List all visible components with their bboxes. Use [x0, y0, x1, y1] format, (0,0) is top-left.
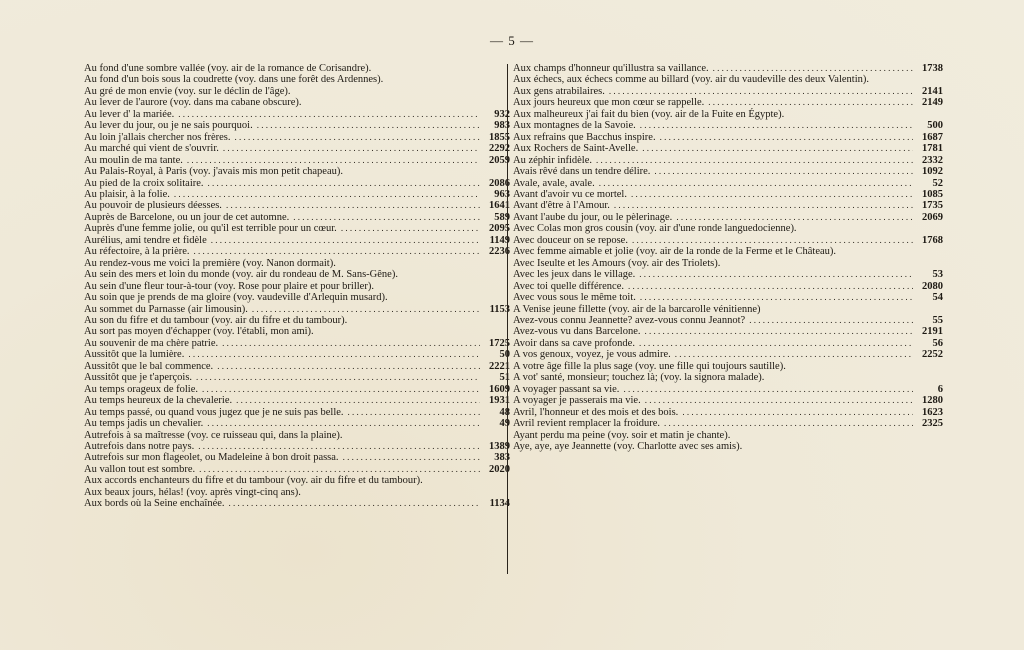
index-entry: Au temps passé, ou quand vous jugez que …: [84, 407, 510, 418]
entry-title: A vos genoux, voyez, je vous admire.: [513, 349, 671, 360]
entry-number: 52: [917, 178, 943, 189]
index-entry: Avec Iseulte et les Amours (voy. air des…: [513, 258, 943, 269]
index-entry: A voyager passant sa vie.6: [513, 384, 943, 395]
entry-title: Aux beaux jours, hélas! (voy. après ving…: [84, 487, 301, 498]
dot-leader: [660, 132, 913, 143]
entry-title: Avec vous sous le même toit.: [513, 292, 636, 303]
dot-leader: [198, 441, 480, 452]
entry-title: Avant d'être à l'Amour.: [513, 200, 610, 211]
index-entry: Au sein d'une fleur tour-à-tour (voy. Ro…: [84, 281, 510, 292]
dot-leader: [208, 178, 480, 189]
index-entry: A votre âge fille la plus sage (voy. une…: [513, 361, 943, 372]
index-entry: Au lever du jour, ou je ne sais pourquoi…: [84, 120, 510, 131]
dot-leader: [628, 281, 913, 292]
index-entry: Au son du fifre et du tambour (voy. air …: [84, 315, 510, 326]
entry-title: Au lever d' la mariée.: [84, 109, 174, 120]
index-entry: Aussitôt que la lumière.50: [84, 349, 510, 360]
dot-leader: [749, 315, 913, 326]
entry-number: 1092: [917, 166, 943, 177]
index-entry: Aux montagnes de la Savoie.500: [513, 120, 943, 131]
index-entry: Aux gens atrabilaires.2141: [513, 86, 943, 97]
dot-leader: [632, 235, 913, 246]
entry-title: Aux montagnes de la Savoie.: [513, 120, 636, 131]
entry-title: Au rendez-vous me voici la première (voy…: [84, 258, 336, 269]
entry-number: 56: [917, 338, 943, 349]
dot-leader: [226, 200, 480, 211]
dot-leader: [188, 349, 480, 360]
entry-number: 1085: [917, 189, 943, 200]
entry-title: Avec femme aimable et jolie (voy. air de…: [513, 246, 836, 257]
entry-title: Aux bords où la Seine enchaînée.: [84, 498, 225, 509]
entry-title: Au temps orageux de folie.: [84, 384, 198, 395]
index-entry: Au sein des mers et loin du monde (voy. …: [84, 269, 510, 280]
index-entry: Au souvenir de ma chère patrie.1725: [84, 338, 510, 349]
index-entry: Avec vous sous le même toit.54: [513, 292, 943, 303]
entry-number: 500: [917, 120, 943, 131]
dot-leader: [682, 407, 913, 418]
entry-number: 1768: [917, 235, 943, 246]
index-entry: Avec les jeux dans le village.53: [513, 269, 943, 280]
dot-leader: [348, 407, 480, 418]
entry-title: Avant l'aube du jour, ou le pèlerinage.: [513, 212, 672, 223]
index-entry: Au lever d' la mariée.932: [84, 109, 510, 120]
dot-leader: [614, 200, 913, 211]
entry-title: Au réfectoire, à la prière.: [84, 246, 190, 257]
entry-title: Avec toi quelle différence.: [513, 281, 624, 292]
dot-leader: [713, 63, 913, 74]
page-number: — 5 —: [0, 33, 1024, 49]
entry-number: 1623: [917, 407, 943, 418]
index-entry: Auprès d'une femme jolie, ou qu'il est t…: [84, 223, 510, 234]
entry-title: Au lever de l'aurore (voy. dans ma caban…: [84, 97, 302, 108]
index-entry: Aux champs d'honneur qu'illustra sa vail…: [513, 63, 943, 74]
entry-title: Au pied de la croix solitaire.: [84, 178, 204, 189]
index-entry: Avant d'être à l'Amour.1735: [513, 200, 943, 211]
index-entry: Ayant perdu ma peine (voy. soir et matin…: [513, 430, 943, 441]
index-entry: Avant l'aube du jour, ou le pèlerinage.2…: [513, 212, 943, 223]
dot-leader: [664, 418, 913, 429]
entry-title: Au temps heureux de la chevalerie.: [84, 395, 232, 406]
index-entry: Au rendez-vous me voici la première (voy…: [84, 258, 510, 269]
index-entry: Au vallon tout est sombre.2020: [84, 464, 510, 475]
index-entry: Au loin j'allais chercher nos frères.185…: [84, 132, 510, 143]
entry-title: Avec les jeux dans le village.: [513, 269, 635, 280]
index-entry: Au sommet du Parnasse (air limousin).115…: [84, 304, 510, 315]
dot-leader: [645, 395, 913, 406]
dot-leader: [640, 292, 913, 303]
index-entry: Au plaisir, à la folie.963: [84, 189, 510, 200]
entry-title: Au sein d'une fleur tour-à-tour (voy. Ro…: [84, 281, 374, 292]
index-entry: Aye, aye, aye Jeannette (voy. Charlotte …: [513, 441, 943, 452]
index-entry: Au temps heureux de la chevalerie.1931: [84, 395, 510, 406]
dot-leader: [223, 143, 480, 154]
dot-leader: [293, 212, 480, 223]
entry-title: Au plaisir, à la folie.: [84, 189, 170, 200]
entry-number: 2252: [917, 349, 943, 360]
entry-number: 2325: [917, 418, 943, 429]
index-entry: Au pied de la croix solitaire.2086: [84, 178, 510, 189]
index-entry: Au moulin de ma tante.2059: [84, 155, 510, 166]
dot-leader: [599, 178, 913, 189]
entry-title: Aux jours heureux que mon cœur se rappel…: [513, 97, 704, 108]
entry-title: Avez-vous vu dans Barcelone.: [513, 326, 641, 337]
index-entry: Aussitôt que le bal commence.2221: [84, 361, 510, 372]
entry-title: Au souvenir de ma chère patrie.: [84, 338, 218, 349]
entry-title: Auprès de Barcelone, ou un jour de cet a…: [84, 212, 289, 223]
entry-title: Au son du fifre et du tambour (voy. air …: [84, 315, 347, 326]
dot-leader: [211, 235, 480, 246]
index-entry: Aux refrains que Bacchus inspire.1687: [513, 132, 943, 143]
index-entry: Autrefois sur mon flageolet, ou Madelein…: [84, 452, 510, 463]
entry-title: Aux malheureux j'ai fait du bien (voy. a…: [513, 109, 784, 120]
entry-title: Avril, l'honneur et des mois et des bois…: [513, 407, 678, 418]
dot-leader: [676, 212, 913, 223]
index-column-right: Aux champs d'honneur qu'illustra sa vail…: [513, 63, 943, 452]
entry-title: Auprès d'une femme jolie, ou qu'il est t…: [84, 223, 337, 234]
index-entry: Au fond d'un bois sous la coudrette (voy…: [84, 74, 510, 85]
entry-number: 1735: [917, 200, 943, 211]
index-entry: Avec Colas mon gros cousin (voy. air d'u…: [513, 223, 943, 234]
dot-leader: [202, 384, 480, 395]
dot-leader: [642, 143, 913, 154]
entry-title: Autrefois dans notre pays.: [84, 441, 194, 452]
entry-title: Avais rêvé dans un tendre délire.: [513, 166, 650, 177]
index-entry: Avale, avale, avale.52: [513, 178, 943, 189]
index-entry: Auprès de Barcelone, ou un jour de cet a…: [84, 212, 510, 223]
entry-title: Aux gens atrabilaires.: [513, 86, 605, 97]
index-entry: Aux Rochers de Saint-Avelle.1781: [513, 143, 943, 154]
entry-title: Aux champs d'honneur qu'illustra sa vail…: [513, 63, 709, 74]
index-entry: Avril, l'honneur et des mois et des bois…: [513, 407, 943, 418]
index-entry: Aurélius, ami tendre et fidèle1149: [84, 235, 510, 246]
index-entry: A Venise jeune fillette (voy. air de la …: [513, 304, 943, 315]
index-entry: Au zéphir infidèle.2332: [513, 155, 943, 166]
dot-leader: [639, 269, 913, 280]
dot-leader: [252, 304, 480, 315]
index-entry: Au marché qui vient de s'ouvrir.2292: [84, 143, 510, 154]
index-entry: Aux jours heureux que mon cœur se rappel…: [513, 97, 943, 108]
index-entry: Autrefois dans notre pays.1389: [84, 441, 510, 452]
dot-leader: [596, 155, 913, 166]
dot-leader: [194, 246, 480, 257]
dot-leader: [174, 189, 480, 200]
dot-leader: [187, 155, 480, 166]
entry-number: 1280: [917, 395, 943, 406]
index-entry: Au soin que je prends de ma gloire (voy.…: [84, 292, 510, 303]
index-entry: Au réfectoire, à la prière.2236: [84, 246, 510, 257]
dot-leader: [199, 464, 480, 475]
index-entry: A voyager je passerais ma vie.1280: [513, 395, 943, 406]
index-entry: A vos genoux, voyez, je vous admire.2252: [513, 349, 943, 360]
index-entry: Au Palais-Royal, à Paris (voy. j'avais m…: [84, 166, 510, 177]
dot-leader: [196, 372, 480, 383]
dot-leader: [343, 452, 480, 463]
entry-title: Au lever du jour, ou je ne sais pourquoi…: [84, 120, 253, 131]
index-entry: A vot' santé, monsieur; touchez là; (voy…: [513, 372, 943, 383]
dot-leader: [631, 189, 913, 200]
dot-leader: [645, 326, 913, 337]
entry-title: Au soin que je prends de ma gloire (voy.…: [84, 292, 388, 303]
entry-title: Avale, avale, avale.: [513, 178, 595, 189]
dot-leader: [222, 338, 480, 349]
index-entry: Avez-vous connu Jeannette? avez-vous con…: [513, 315, 943, 326]
index-entry: Aux échecs, aux échecs comme au billard …: [513, 74, 943, 85]
entry-title: A voyager passant sa vie.: [513, 384, 619, 395]
entry-title: Au zéphir infidèle.: [513, 155, 592, 166]
index-entry: Avec douceur on se repose.1768: [513, 235, 943, 246]
dot-leader: [654, 166, 913, 177]
entry-title: A vot' santé, monsieur; touchez là; (voy…: [513, 372, 764, 383]
index-entry: Au fond d'une sombre vallée (voy. air de…: [84, 63, 510, 74]
entry-title: Avril revient remplacer la froidure.: [513, 418, 660, 429]
entry-title: Aye, aye, aye Jeannette (voy. Charlotte …: [513, 441, 742, 452]
entry-title: Au loin j'allais chercher nos frères.: [84, 132, 231, 143]
dot-leader: [217, 361, 480, 372]
entry-number: 1781: [917, 143, 943, 154]
entry-title: Aux refrains que Bacchus inspire.: [513, 132, 656, 143]
entry-title: A Venise jeune fillette (voy. air de la …: [513, 304, 761, 315]
index-entry: Au pouvoir de plusieurs déesses.1641: [84, 200, 510, 211]
entry-title: A votre âge fille la plus sage (voy. une…: [513, 361, 786, 372]
dot-leader: [236, 395, 480, 406]
entry-title: Au sommet du Parnasse (air limousin).: [84, 304, 248, 315]
index-entry: Avant d'avoir vu ce mortel.1085: [513, 189, 943, 200]
index-entry: Au lever de l'aurore (voy. dans ma caban…: [84, 97, 510, 108]
entry-title: Aux Rochers de Saint-Avelle.: [513, 143, 638, 154]
index-entry: Avoir dans sa cave profonde.56: [513, 338, 943, 349]
index-entry: Aux beaux jours, hélas! (voy. après ving…: [84, 487, 510, 498]
dot-leader: [178, 109, 480, 120]
entry-title: A voyager je passerais ma vie.: [513, 395, 641, 406]
entry-title: Au marché qui vient de s'ouvrir.: [84, 143, 219, 154]
entry-title: Avec Iseulte et les Amours (voy. air des…: [513, 258, 720, 269]
entry-title: Au Palais-Royal, à Paris (voy. j'avais m…: [84, 166, 343, 177]
dot-leader: [708, 97, 913, 108]
index-entry: Avec femme aimable et jolie (voy. air de…: [513, 246, 943, 257]
entry-title: Au sort pas moyen d'échapper (voy. l'éta…: [84, 326, 314, 337]
dot-leader: [229, 498, 480, 509]
entry-number: 54: [917, 292, 943, 303]
dot-leader: [675, 349, 913, 360]
entry-title: Avoir dans sa cave profonde.: [513, 338, 635, 349]
dot-leader: [623, 384, 913, 395]
entry-number: 1687: [917, 132, 943, 143]
index-entry: Au sort pas moyen d'échapper (voy. l'éta…: [84, 326, 510, 337]
entry-title: Aux échecs, aux échecs comme au billard …: [513, 74, 869, 85]
entry-title: Aux accords enchanteurs du fifre et du t…: [84, 475, 423, 486]
entry-title: Au moulin de ma tante.: [84, 155, 183, 166]
entry-title: Au pouvoir de plusieurs déesses.: [84, 200, 222, 211]
entry-title: Aussitôt que le bal commence.: [84, 361, 213, 372]
column-divider: [507, 64, 508, 574]
dot-leader: [609, 86, 913, 97]
index-entry: Avez-vous vu dans Barcelone.2191: [513, 326, 943, 337]
entry-title: Aurélius, ami tendre et fidèle: [84, 235, 207, 246]
index-entry: Aussitôt que je t'aperçois.51: [84, 372, 510, 383]
entry-title: Avec douceur on se repose.: [513, 235, 628, 246]
entry-number: 6: [917, 384, 943, 395]
dot-leader: [235, 132, 480, 143]
dot-leader: [640, 120, 913, 131]
entry-title: Au temps jadis un chevalier.: [84, 418, 203, 429]
index-column-left: Au fond d'une sombre vallée (voy. air de…: [84, 63, 510, 510]
entry-title: Au fond d'une sombre vallée (voy. air de…: [84, 63, 371, 74]
entry-number: 2191: [917, 326, 943, 337]
index-entry: Aux bords où la Seine enchaînée.1134: [84, 498, 510, 509]
index-entry: Au gré de mon envie (voy. sur le déclin …: [84, 86, 510, 97]
entry-title: Aussitôt que la lumière.: [84, 349, 184, 360]
entry-title: Au vallon tout est sombre.: [84, 464, 195, 475]
index-entry: Au temps orageux de folie.1609: [84, 384, 510, 395]
index-entry: Avril revient remplacer la froidure.2325: [513, 418, 943, 429]
index-entry: Aux malheureux j'ai fait du bien (voy. a…: [513, 109, 943, 120]
entry-title: Autrefois à sa maîtresse (voy. ce ruisse…: [84, 430, 343, 441]
entry-title: Avant d'avoir vu ce mortel.: [513, 189, 627, 200]
entry-number: 1738: [917, 63, 943, 74]
entry-number: 53: [917, 269, 943, 280]
entry-title: Aussitôt que je t'aperçois.: [84, 372, 192, 383]
entry-title: Autrefois sur mon flageolet, ou Madelein…: [84, 452, 339, 463]
entry-number: 55: [917, 315, 943, 326]
entry-title: Avec Colas mon gros cousin (voy. air d'u…: [513, 223, 797, 234]
index-entry: Avec toi quelle différence.2080: [513, 281, 943, 292]
dot-leader: [341, 223, 480, 234]
dot-leader: [257, 120, 480, 131]
entry-title: Au gré de mon envie (voy. sur le déclin …: [84, 86, 290, 97]
index-entry: Autrefois à sa maîtresse (voy. ce ruisse…: [84, 430, 510, 441]
entry-number: 2149: [917, 97, 943, 108]
index-entry: Au temps jadis un chevalier.49: [84, 418, 510, 429]
entry-number: 2141: [917, 86, 943, 97]
dot-leader: [207, 418, 480, 429]
entry-title: Au fond d'un bois sous la coudrette (voy…: [84, 74, 383, 85]
entry-title: Au sein des mers et loin du monde (voy. …: [84, 269, 398, 280]
dot-leader: [639, 338, 913, 349]
entry-title: Au temps passé, ou quand vous jugez que …: [84, 407, 344, 418]
entry-number: 2069: [917, 212, 943, 223]
entry-number: 2332: [917, 155, 943, 166]
index-entry: Aux accords enchanteurs du fifre et du t…: [84, 475, 510, 486]
entry-number: 2080: [917, 281, 943, 292]
entry-title: Ayant perdu ma peine (voy. soir et matin…: [513, 430, 730, 441]
index-entry: Avais rêvé dans un tendre délire.1092: [513, 166, 943, 177]
entry-title: Avez-vous connu Jeannette? avez-vous con…: [513, 315, 745, 326]
